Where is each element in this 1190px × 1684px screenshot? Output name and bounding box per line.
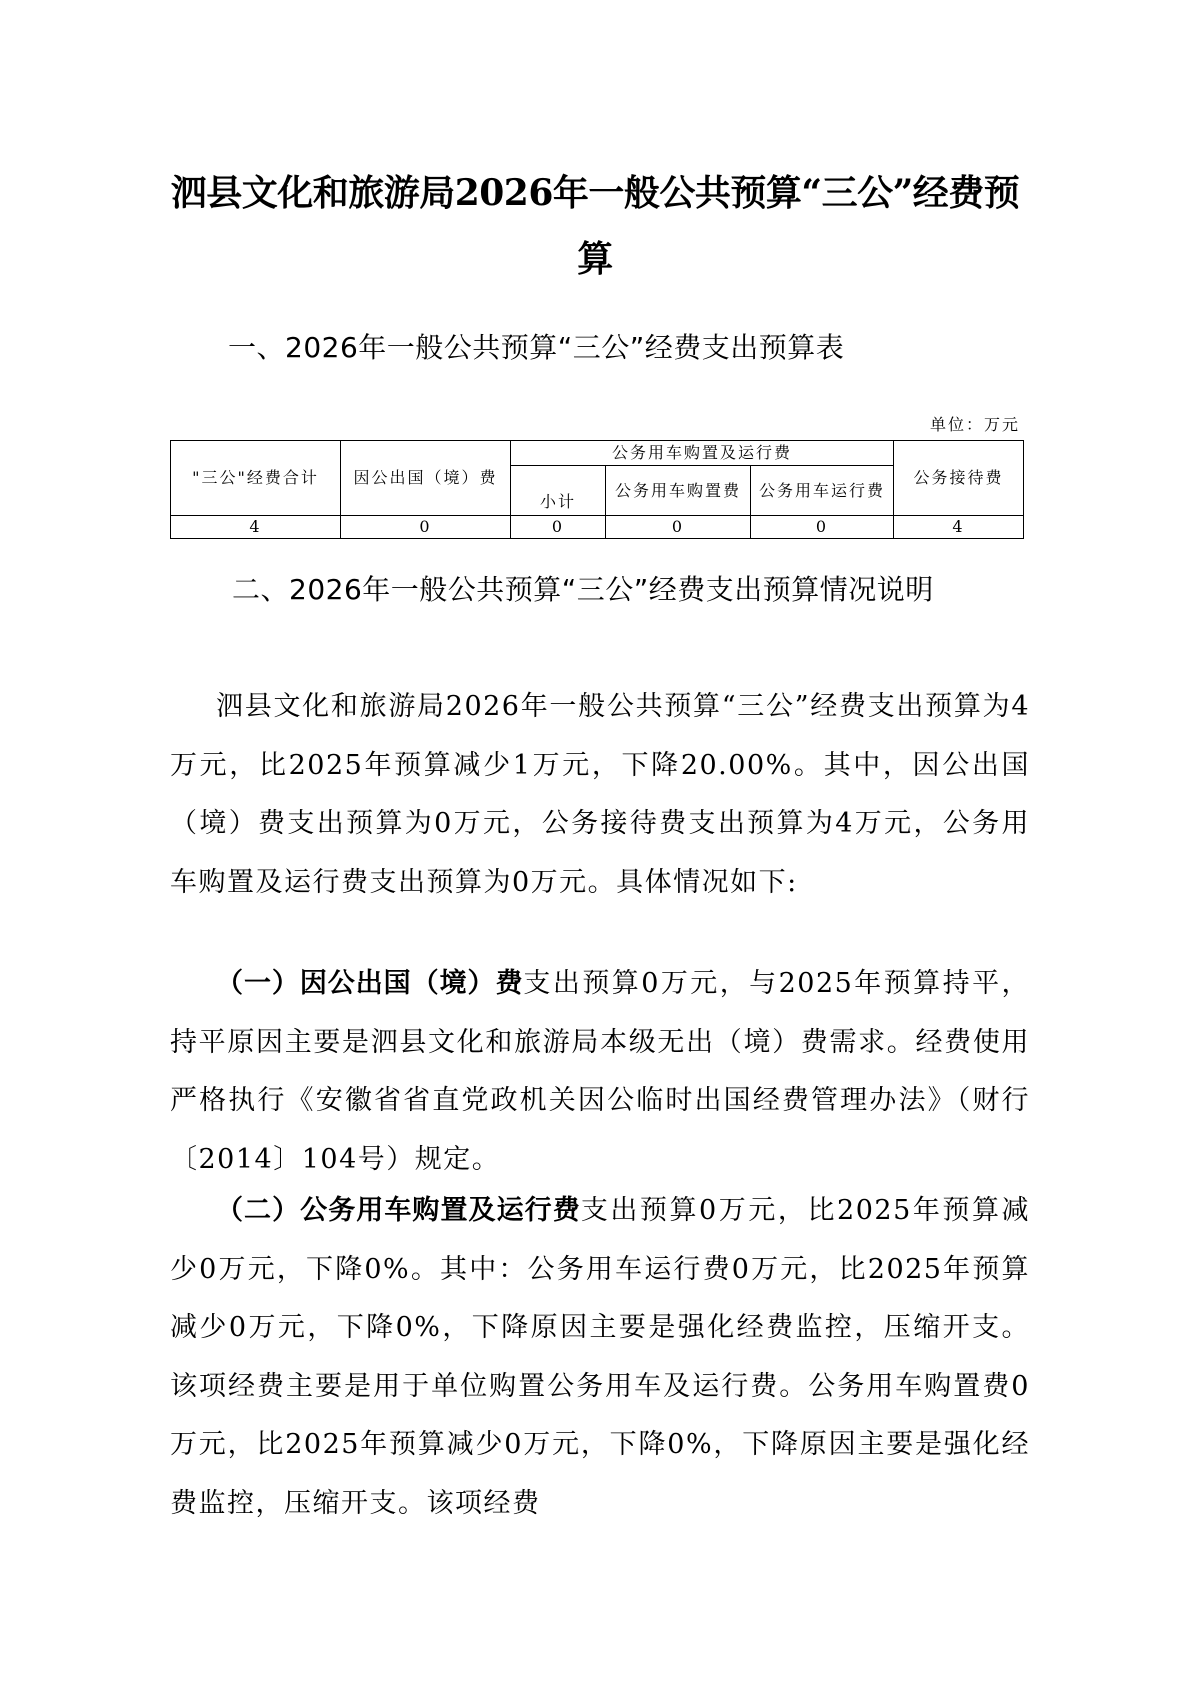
table-row: 4 0 0 0 0 4 [171,516,1024,539]
header-vehicle-subtotal: 小计 [511,466,606,516]
paragraph-vehicle: （二）公务用车购置及运行费支出预算0万元，比2025年预算减少0万元，下降0%。… [170,1182,1030,1533]
paragraph-overseas-lead: （一）因公出国（境）费 [216,968,523,999]
paragraph-vehicle-lead: （二）公务用车购置及运行费 [216,1195,581,1226]
header-total: "三公"经费合计 [171,441,341,516]
document-title: 泗县文化和旅游局2026年一般公共预算“三公”经费预算 [160,160,1030,292]
unit-label: 单位：万元 [930,412,1020,435]
document-page: 泗县文化和旅游局2026年一般公共预算“三公”经费预算 一、2026年一般公共预… [0,0,1190,1684]
header-vehicle-purchase: 公务用车购置费 [606,466,751,516]
cell-overseas: 0 [341,516,511,539]
header-vehicle-group: 公务用车购置及运行费 [511,441,894,466]
three-public-expense-table: "三公"经费合计 因公出国（境）费 公务用车购置及运行费 公务接待费 小计 公务… [170,440,1024,539]
cell-vehicle-purchase: 0 [606,516,751,539]
header-overseas: 因公出国（境）费 [341,441,511,516]
paragraph-vehicle-text: 支出预算0万元，比2025年预算减少0万元，下降0%。其中：公务用车运行费0万元… [170,1195,1030,1519]
cell-vehicle-operation: 0 [751,516,894,539]
header-vehicle-operation: 公务用车运行费 [751,466,894,516]
header-reception: 公务接待费 [894,441,1024,516]
table-header-row: "三公"经费合计 因公出国（境）费 公务用车购置及运行费 公务接待费 [171,441,1024,466]
section2-heading: 二、2026年一般公共预算“三公”经费支出预算情况说明 [170,560,1030,620]
section1-heading: 一、2026年一般公共预算“三公”经费支出预算表 [228,328,844,368]
paragraph-overseas: （一）因公出国（境）费支出预算0万元，与2025年预算持平，持平原因主要是泗县文… [170,955,1030,1189]
paragraph-summary: 泗县文化和旅游局2026年一般公共预算“三公”经费支出预算为4万元，比2025年… [170,678,1030,912]
cell-reception: 4 [894,516,1024,539]
cell-vehicle-subtotal: 0 [511,516,606,539]
cell-total: 4 [171,516,341,539]
